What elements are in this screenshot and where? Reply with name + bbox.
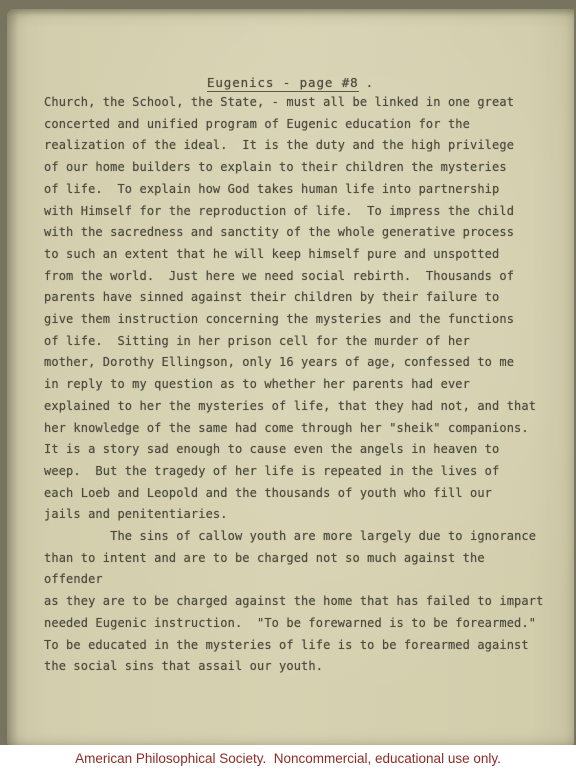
scan-background: Eugenics - page #8. Church, the School, … xyxy=(0,0,576,745)
page-title: Eugenics - page #8 xyxy=(207,75,359,92)
page-title-period: . xyxy=(366,75,374,90)
page-title-row: Eugenics - page #8. xyxy=(7,75,574,90)
document-body-text: Church, the School, the State, - must al… xyxy=(44,92,550,678)
document-paper: Eugenics - page #8. Church, the School, … xyxy=(7,9,574,745)
credit-text: American Philosophical Society. Noncomme… xyxy=(75,751,501,766)
credit-bar: American Philosophical Society. Noncomme… xyxy=(0,745,576,772)
